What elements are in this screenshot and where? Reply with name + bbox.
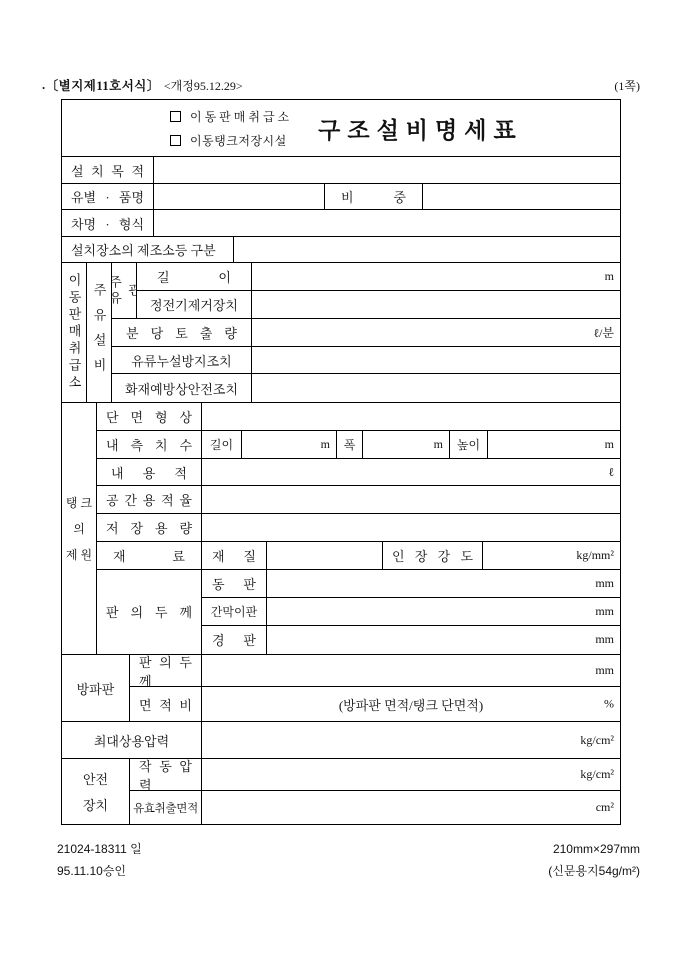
operating-pressure-cell: 작 동 압 력: [130, 759, 202, 790]
plate-thickness-label: 판 의 두 께: [106, 602, 192, 621]
tank-spec-label-line3: 제 원: [62, 546, 96, 563]
head-plate-cell: 경 판: [202, 626, 267, 654]
void-ratio-field: [202, 486, 620, 513]
form-ref: 〔별지제11호서식〕: [46, 76, 160, 94]
safety-device-section: 안전 장치 작 동 압 력 kg/cm² 유효취출면적 cm²: [62, 759, 620, 824]
dim-height-label: 높이: [450, 431, 488, 458]
tank-spec-section: 탱 크 의 제 원 단 면 형 상 내 측 치 수 길이 m 폭 m 높이 m: [62, 403, 620, 655]
shell-plate-label: 동 판: [212, 574, 256, 593]
material-label: 재 료: [113, 546, 185, 565]
mobile-tank-checkbox[interactable]: [170, 135, 181, 146]
material-type-label: 재 질: [212, 546, 256, 565]
dim-height-field: m: [488, 431, 620, 458]
mobile-tank-checkbox-label: 이동탱크저장시설: [190, 132, 287, 149]
site-category-field: [234, 237, 620, 262]
max-pressure-field: kg/cm²: [202, 722, 620, 758]
footer-paper-size: 210mm×297mm: [548, 838, 640, 860]
footer-left: 21024-18311 일 95.11.10승인: [57, 838, 142, 882]
dim-height-unit: m: [605, 437, 614, 452]
baffle-thickness-label: 판 의 두 께: [139, 655, 192, 686]
tank-spec-label-line2: 의: [62, 520, 96, 537]
fueling-hose-label: 주유관: [112, 263, 137, 318]
storage-capacity-cell: 저 장 용 량: [97, 514, 202, 541]
safety-device-section-label: 안전 장치: [62, 759, 130, 824]
form-title: 구조설비명세표: [318, 112, 523, 145]
specific-gravity-field: [423, 184, 620, 209]
hose-length-label: 길 이: [157, 267, 231, 286]
page-number: (1쪽): [614, 77, 640, 94]
hose-length-cell: 길 이: [137, 263, 252, 290]
dim-width-label: 폭: [337, 431, 363, 458]
head-plate-field: mm: [267, 626, 620, 654]
tank-spec-section-label: 탱 크 의 제 원: [62, 403, 97, 654]
head-plate-unit: mm: [595, 632, 614, 647]
capacity-unit: ℓ: [608, 465, 614, 480]
baffle-section-label: 방파판: [62, 655, 130, 721]
discharge-rate-unit: ℓ/분: [593, 324, 614, 341]
capacity-field: ℓ: [202, 459, 620, 486]
checkbox-row-mobile-sales: 이동판매취급소: [170, 108, 292, 125]
max-pressure-cell: 최대상용압력: [62, 722, 202, 758]
footer-doc-number: 21024-18311 일: [57, 838, 142, 860]
cross-section-label: 단 면 형 상: [106, 407, 192, 426]
discharge-rate-label: 분 당 토 출 량: [126, 323, 237, 342]
effective-outlet-area-field: cm²: [202, 791, 620, 824]
shell-plate-field: mm: [267, 570, 620, 597]
storage-capacity-field: [202, 514, 620, 541]
static-removal-cell: 정전기제거장치: [137, 291, 252, 318]
inner-dims-label: 내 측 치 수: [106, 435, 192, 454]
site-category-label: 설치장소의 제조소등 구분: [71, 240, 216, 259]
inner-dims-cell: 내 측 치 수: [97, 431, 202, 458]
baffle-thickness-unit: mm: [595, 663, 614, 678]
max-pressure-unit: kg/cm²: [580, 733, 614, 748]
material-type-cell: 재 질: [202, 542, 267, 569]
specific-gravity-cell: 비 중: [325, 184, 423, 209]
fire-safety-cell: 화재예방상안전조치: [112, 374, 252, 402]
partition-plate-unit: mm: [595, 604, 614, 619]
baffle-thickness-cell: 판 의 두 께: [130, 655, 202, 686]
baffle-thickness-field: mm: [202, 655, 620, 686]
tank-spec-label-line1: 탱 크: [62, 494, 96, 511]
checkbox-row-mobile-tank: 이동탱크저장시설: [170, 132, 292, 149]
vehicle-model-field: [154, 210, 620, 236]
tensile-strength-unit: kg/mm²: [576, 548, 614, 563]
partition-plate-label: 간막이판: [211, 603, 257, 620]
max-pressure-label: 최대상용압력: [94, 731, 169, 750]
fire-safety-field: [252, 374, 620, 402]
class-name-label: 유별 · 품명: [71, 187, 144, 206]
static-removal-label: 정전기제거장치: [150, 295, 238, 314]
tensile-strength-field: kg/mm²: [483, 542, 620, 569]
leak-prevention-field: [252, 347, 620, 374]
dim-length-unit: m: [321, 437, 330, 452]
dim-length-field: m: [242, 431, 337, 458]
hose-length-unit: m: [605, 269, 614, 284]
operating-pressure-unit: kg/cm²: [580, 767, 614, 782]
effective-outlet-area-cell: 유효취출면적: [130, 791, 202, 824]
hose-length-field: m: [252, 263, 620, 290]
baffle-section: 방파판 판 의 두 께 mm 면 적 비 (방파판 면적/탱크 단면적) %: [62, 655, 620, 722]
dim-length-label: 길이: [202, 431, 242, 458]
shell-plate-unit: mm: [595, 576, 614, 591]
footer-right: 210mm×297mm (신문용지54g/m²): [548, 838, 640, 882]
material-type-field: [267, 542, 383, 569]
site-category-section: 설치장소의 제조소등 구분: [62, 237, 620, 263]
area-ratio-note: (방파판 면적/탱크 단면적): [339, 695, 483, 714]
safety-device-label-line1: 안전: [62, 769, 129, 788]
title-row: 이동판매취급소 이동탱크저장시설 구조설비명세표: [62, 100, 620, 157]
mobile-sales-checkbox[interactable]: [170, 111, 181, 122]
partition-plate-cell: 간막이판: [202, 598, 267, 625]
void-ratio-cell: 공 간 용 적 율: [97, 486, 202, 513]
form-header-line: . 〔별지제11호서식〕 <개정95.12.29> (1쪽): [42, 76, 640, 94]
class-name-field: [154, 184, 325, 209]
max-pressure-section: 최대상용압력 kg/cm²: [62, 722, 620, 759]
area-ratio-unit: %: [604, 697, 614, 712]
discharge-rate-cell: 분 당 토 출 량: [112, 319, 252, 346]
capacity-cell: 내 용 적: [97, 459, 202, 486]
leak-prevention-cell: 유류누설방지조치: [112, 347, 252, 374]
safety-device-label-line2: 장치: [62, 795, 129, 814]
vehicle-model-cell: 차명 · 형식: [62, 210, 154, 236]
plate-thickness-cell: 판 의 두 께: [97, 570, 202, 654]
operating-pressure-field: kg/cm²: [202, 759, 620, 790]
head-plate-label: 경 판: [212, 630, 256, 649]
specific-gravity-label: 비 중: [341, 187, 406, 206]
info-section: 설 치 목 적 유별 · 품명 비 중 차명 · 형식: [62, 157, 620, 237]
install-purpose-label: 설 치 목 적: [71, 161, 144, 180]
fueling-equipment-label: 주유설비: [87, 263, 112, 402]
install-purpose-field: [154, 157, 620, 183]
discharge-rate-field: ℓ/분: [252, 319, 620, 346]
area-ratio-field: (방파판 면적/탱크 단면적) %: [202, 687, 620, 721]
partition-plate-field: mm: [267, 598, 620, 625]
site-category-cell: 설치장소의 제조소등 구분: [62, 237, 234, 262]
leak-prevention-label: 유류누설방지조치: [131, 351, 231, 370]
spec-table: 이동판매취급소 이동탱크저장시설 구조설비명세표 설 치 목 적 유별 · 품명: [61, 99, 621, 825]
mobile-sales-checkbox-label: 이동판매취급소: [190, 108, 292, 125]
footer-paper-type: (신문용지54g/m²): [548, 860, 640, 882]
form-revision: <개정95.12.29>: [164, 77, 243, 94]
cross-section-cell: 단 면 형 상: [97, 403, 202, 430]
storage-capacity-label: 저 장 용 량: [106, 518, 192, 537]
effective-outlet-area-label: 유효취출면적: [133, 800, 198, 816]
mobile-sales-section: 이동판매취급소 주유설비 주유관 길 이 m 정전기제거장치: [62, 263, 620, 403]
area-ratio-label: 면 적 비: [139, 695, 192, 714]
cross-section-field: [202, 403, 620, 430]
material-cell: 재 료: [97, 542, 202, 569]
operating-pressure-label: 작 동 압 력: [139, 759, 192, 790]
facility-type-checkboxes: 이동판매취급소 이동탱크저장시설: [170, 108, 292, 149]
dim-width-field: m: [363, 431, 450, 458]
install-purpose-cell: 설 치 목 적: [62, 157, 154, 183]
tensile-strength-cell: 인 장 강 도: [383, 542, 483, 569]
static-removal-field: [252, 291, 620, 318]
shell-plate-cell: 동 판: [202, 570, 267, 597]
class-name-cell: 유별 · 품명: [62, 184, 154, 209]
mobile-sales-section-label: 이동판매취급소: [62, 263, 87, 402]
area-ratio-cell: 면 적 비: [130, 687, 202, 721]
vehicle-model-label: 차명 · 형식: [71, 214, 144, 233]
footer-approval-date: 95.11.10승인: [57, 860, 142, 882]
void-ratio-label: 공 간 용 적 율: [106, 490, 192, 509]
tensile-strength-label: 인 장 강 도: [392, 546, 473, 565]
fire-safety-label: 화재예방상안전조치: [125, 379, 238, 398]
form-sheet: . 〔별지제11호서식〕 <개정95.12.29> (1쪽) 이동판매취급소 이…: [0, 0, 680, 962]
capacity-label: 내 용 적: [111, 463, 187, 482]
effective-outlet-area-unit: cm²: [596, 800, 614, 815]
dim-width-unit: m: [434, 437, 443, 452]
